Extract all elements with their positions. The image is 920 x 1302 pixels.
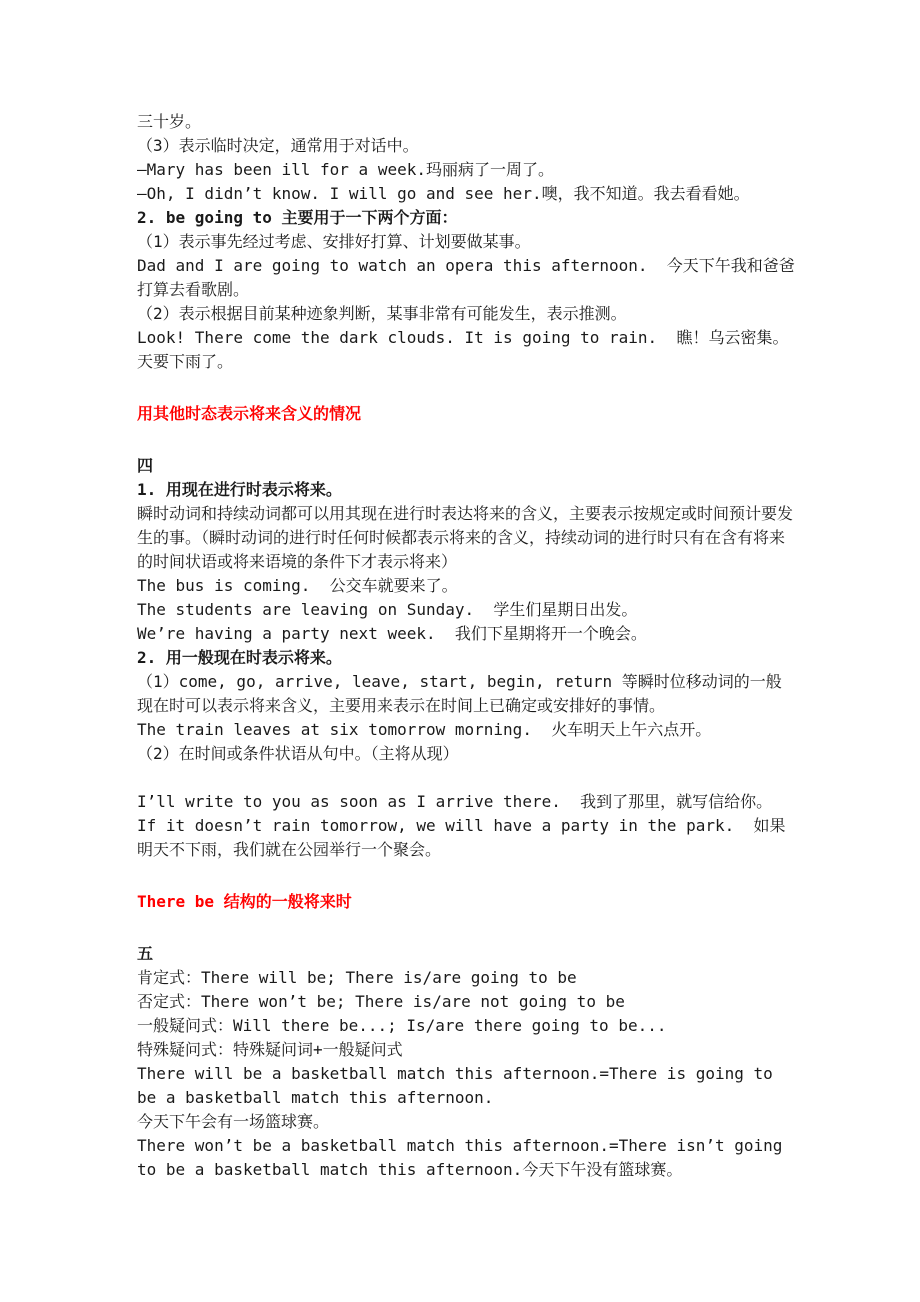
text-line: （1）come, go, arrive, leave, start, begin… [137, 670, 797, 718]
section-heading: There be 结构的一般将来时 [137, 890, 797, 914]
blank-line [137, 766, 797, 790]
text-line: There won’t be a basketball match this a… [137, 1134, 797, 1182]
text-line: 今天下午会有一场篮球赛。 [137, 1110, 797, 1134]
text-line: （1）表示事先经过考虑、安排好打算、计划要做某事。 [137, 230, 797, 254]
text-line: We’re having a party next week. 我们下星期将开一… [137, 622, 797, 646]
text-line: 瞬时动词和持续动词都可以用其现在进行时表达将来的含义，主要表示按规定或时间预计要… [137, 502, 797, 574]
text-line: Look! There come the dark clouds. It is … [137, 326, 797, 374]
text-line: 否定式：There won’t be; There is/are not goi… [137, 990, 797, 1014]
text-line: There will be a basketball match this af… [137, 1062, 797, 1110]
text-line: If it doesn’t rain tomorrow, we will hav… [137, 814, 797, 862]
document-content: 三十岁。（3）表示临时决定，通常用于对话中。—Mary has been ill… [137, 110, 797, 1182]
text-line: （3）表示临时决定，通常用于对话中。 [137, 134, 797, 158]
section-heading: 用其他时态表示将来含义的情况 [137, 402, 797, 426]
text-line: The train leaves at six tomorrow morning… [137, 718, 797, 742]
text-line: —Mary has been ill for a week.玛丽病了一周了。 [137, 158, 797, 182]
text-line: 三十岁。 [137, 110, 797, 134]
text-line: 一般疑问式：Will there be...; Is/are there goi… [137, 1014, 797, 1038]
text-line: （2）在时间或条件状语从句中。（主将从现） [137, 742, 797, 766]
text-line: The bus is coming. 公交车就要来了。 [137, 574, 797, 598]
text-line: 肯定式：There will be; There is/are going to… [137, 966, 797, 990]
bold-subheading: 1. 用现在进行时表示将来。 [137, 478, 797, 502]
text-line: 特殊疑问式：特殊疑问词+一般疑问式 [137, 1038, 797, 1062]
text-line: I’ll write to you as soon as I arrive th… [137, 790, 797, 814]
text-line: The students are leaving on Sunday. 学生们星… [137, 598, 797, 622]
text-line: —Oh, I didn’t know. I will go and see he… [137, 182, 797, 206]
text-line: （2）表示根据目前某种迹象判断，某事非常有可能发生，表示推测。 [137, 302, 797, 326]
bold-subheading: 五 [137, 942, 797, 966]
bold-subheading: 2. 用一般现在时表示将来。 [137, 646, 797, 670]
text-line: Dad and I are going to watch an opera th… [137, 254, 797, 302]
bold-subheading: 四 [137, 454, 797, 478]
document-page: 三十岁。（3）表示临时决定，通常用于对话中。—Mary has been ill… [0, 0, 920, 1302]
bold-subheading: 2. be going to 主要用于一下两个方面： [137, 206, 797, 230]
